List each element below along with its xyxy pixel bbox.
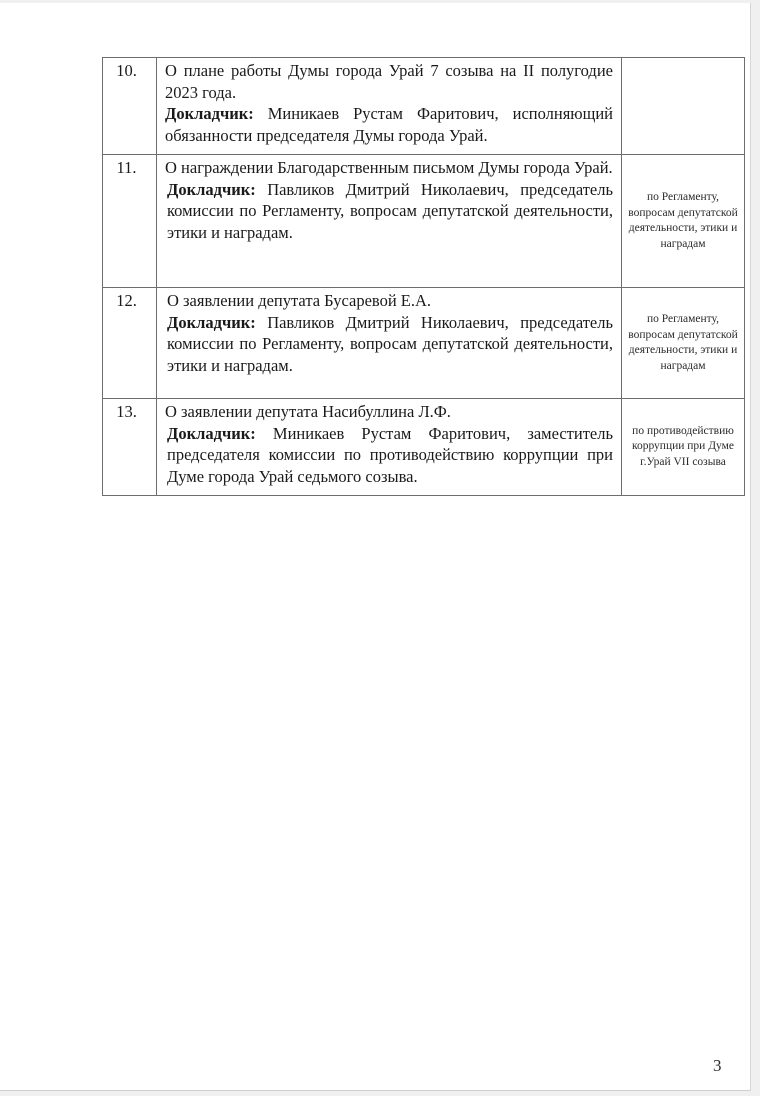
speaker-line: Докладчик: Миникаев Рустам Фаритович, ис… (165, 103, 613, 146)
item-title: О заявлении депутата Бусаревой Е.А. (165, 290, 613, 312)
item-number: 13. (103, 399, 157, 496)
committee-cell: по противодействию коррупции при Думе г.… (622, 399, 745, 496)
committee-cell: по Регламенту, вопросам депутатской деят… (622, 288, 745, 399)
speaker-line: Докладчик: Павликов Дмитрий Николаевич, … (165, 179, 613, 244)
speaker-line: Докладчик: Миникаев Рустам Фаритович, за… (165, 423, 613, 488)
page-number: 3 (713, 1056, 722, 1076)
item-number: 12. (103, 288, 157, 399)
item-title: О заявлении депутата Насибуллина Л.Ф. (165, 401, 613, 423)
item-body: О плане работы Думы города Урай 7 созыва… (157, 58, 622, 155)
item-number: 10. (103, 58, 157, 155)
agenda-table: 10. О плане работы Думы города Урай 7 со… (102, 57, 745, 496)
item-number: 11. (103, 155, 157, 288)
speaker-label: Докладчик: (165, 104, 254, 123)
committee-cell (622, 58, 745, 155)
table-row: 13. О заявлении депутата Насибуллина Л.Ф… (103, 399, 745, 496)
table-row: 10. О плане работы Думы города Урай 7 со… (103, 58, 745, 155)
document-page: 10. О плане работы Думы города Урай 7 со… (0, 3, 751, 1091)
item-body: О заявлении депутата Насибуллина Л.Ф. До… (157, 399, 622, 496)
item-body: О заявлении депутата Бусаревой Е.А. Докл… (157, 288, 622, 399)
speaker-label: Докладчик: (167, 313, 256, 332)
speaker-label: Докладчик: (167, 424, 256, 443)
item-title: О плане работы Думы города Урай 7 созыва… (165, 60, 613, 103)
item-body: О награждении Благодарственным письмом Д… (157, 155, 622, 288)
table-row: 12. О заявлении депутата Бусаревой Е.А. … (103, 288, 745, 399)
table-row: 11. О награждении Благодарственным письм… (103, 155, 745, 288)
page-background: 10. О плане работы Думы города Урай 7 со… (0, 0, 760, 1096)
committee-cell: по Регламенту, вопросам депутатской деят… (622, 155, 745, 288)
item-title: О награждении Благодарственным письмом Д… (165, 157, 613, 179)
speaker-line: Докладчик: Павликов Дмитрий Николаевич, … (165, 312, 613, 377)
speaker-label: Докладчик: (167, 180, 256, 199)
